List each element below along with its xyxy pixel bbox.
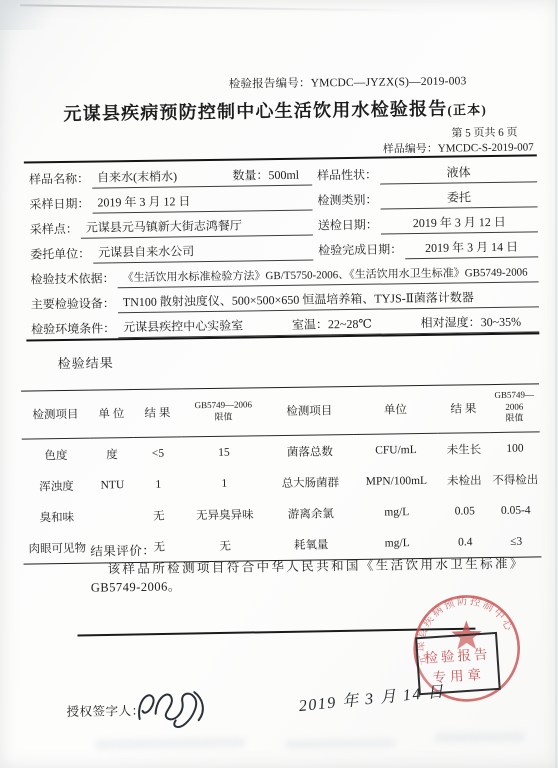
result-cell: NTU <box>90 469 134 501</box>
page-title: 元谋县疾病预防控制中心生活饮用水检验报告(正本) <box>0 93 554 127</box>
environment-field: 元谋县疾控中心实验室 室温：22~28℃ 相对湿度：30~35% <box>118 312 539 338</box>
signature-stroke <box>139 692 203 727</box>
result-cell: 不得检出 <box>490 463 540 495</box>
result-cell: 未生长 <box>438 433 490 465</box>
result-cell: 100 <box>490 432 540 464</box>
result-cell: 0.05-4 <box>491 494 541 526</box>
page-showthrough <box>95 738 245 750</box>
page-showthrough <box>285 738 395 749</box>
result-cell: 无 <box>135 499 183 531</box>
sampling-site-label: 采样点： <box>25 220 81 240</box>
result-cell: 色度 <box>22 438 90 470</box>
document-content: 检验报告编号：YMCDC—JYZX(S)—2019-003 元谋县疾病预防控制中… <box>0 0 558 768</box>
col-header-item: 检测项目 <box>21 390 90 439</box>
page-showthrough <box>435 732 525 743</box>
result-cell: 总大肠菌群 <box>266 466 354 498</box>
result-cell: 无异臭异味 <box>183 498 267 530</box>
result-cell: mg/L <box>355 496 439 528</box>
scanned-report-page: 检验报告编号：YMCDC—JYZX(S)—2019-003 元谋县疾病预防控制中… <box>0 0 558 768</box>
result-cell: 1 <box>134 468 182 500</box>
room-temp-value: 22~28℃ <box>328 317 372 332</box>
result-cell: 1 <box>182 467 266 499</box>
col-header-result-2: 结 果 <box>437 385 490 434</box>
report-number-value: YMCDC—JYZX(S)—2019-003 <box>311 75 467 89</box>
report-number-label: 检验报告编号： <box>229 78 311 91</box>
completion-date-label: 检验完成日期： <box>313 240 405 260</box>
test-category-label: 检测类别： <box>312 191 380 211</box>
quantity-field: 数量：500ml <box>232 166 307 184</box>
title-copy-type: (正本) <box>447 102 487 118</box>
result-cell: 未检出 <box>438 464 490 496</box>
results-section-title: 检验结果 <box>58 352 114 372</box>
col-header-limit: GB5749—2006 限值 <box>181 388 266 437</box>
col-header-unit: 单 位 <box>89 390 134 439</box>
room-temp-label: 室温： <box>292 317 328 332</box>
completion-date-value: 2019 年 3 月 14 日 <box>405 237 538 259</box>
quantity-value: 500ml <box>268 168 299 182</box>
submission-date-value: 2019 年 3 月 12 日 <box>381 212 538 234</box>
sample-state-label: 样品性状： <box>312 166 380 186</box>
environment-lab-value: 元谋县疾控中心实验室 <box>123 316 243 335</box>
authorized-signature <box>132 682 225 735</box>
technical-basis-label: 检验技术依据： <box>25 269 117 289</box>
result-cell: 浑浊度 <box>22 470 90 502</box>
title-main: 元谋县疾病预防控制中心生活饮用水检验报告 <box>63 99 447 124</box>
result-cell: 肉眼可见物 <box>23 532 91 564</box>
result-cell: MPN/100mL <box>354 465 438 497</box>
sampling-date-value: 2019 年 3 月 12 日 <box>92 191 312 214</box>
client-label: 委托单位： <box>25 245 93 265</box>
result-cell: 15 <box>182 436 266 469</box>
sampling-date-label: 采样日期： <box>24 195 92 215</box>
col-header-item-2: 检测项目 <box>265 386 354 435</box>
result-cell: 游离余氯 <box>267 497 355 529</box>
col-header-result: 结 果 <box>133 389 182 438</box>
result-cell <box>91 500 135 532</box>
result-cell: 臭和味 <box>23 501 91 533</box>
test-category-value: 委托 <box>380 187 537 209</box>
humidity-value: 30~35% <box>481 315 522 330</box>
sample-name-label: 样品名称： <box>24 170 92 190</box>
submission-date-label: 送检日期： <box>313 216 381 236</box>
quantity-label: 数量： <box>232 168 268 183</box>
client-value: 元谋县自来水公司 <box>93 241 313 264</box>
col-header-limit-2: GB5749—2006 限值 <box>489 384 540 433</box>
result-cell: 菌落总数 <box>266 435 354 468</box>
humidity-field: 相对湿度：30~35% <box>421 313 522 331</box>
official-stamp: 元谋县疾病预防控制中心 检验报告 专用章 <box>402 586 544 726</box>
result-cell: CFU/mL <box>354 433 438 466</box>
report-number-line: 检验报告编号：YMCDC—JYZX(S)—2019-003 <box>229 72 467 91</box>
sample-name-field: 自来水(末梢水) 数量：500ml <box>92 166 312 189</box>
sample-number-value: YMCDC-S-2019-007 <box>438 141 534 154</box>
environment-label: 检验环境条件： <box>26 319 118 339</box>
result-cell: 度 <box>90 438 134 470</box>
results-header-row: 检测项目 单 位 结 果 GB5749—2006 限值 检测项目 单位 结 果 … <box>21 384 540 439</box>
humidity-label: 相对湿度： <box>421 315 481 330</box>
col-header-unit-2: 单位 <box>353 385 438 434</box>
sampling-site-value: 元谋县元马镇新大街志鸿餐厅 <box>81 216 313 239</box>
result-cell: <5 <box>134 437 182 469</box>
sample-number-label: 样品编号： <box>383 143 438 156</box>
result-cell: 0.05 <box>439 495 491 527</box>
sample-state-value: 液体 <box>380 162 537 184</box>
sample-name-value: 自来水(末梢水) <box>97 167 177 185</box>
sample-info-table: 样品名称： 自来水(末梢水) 数量：500ml 样品性状： 液体 采样日期： 2… <box>24 154 539 341</box>
room-temp-field: 室温：22~28℃ <box>292 315 372 333</box>
equipment-label: 主要检验设备： <box>26 294 118 314</box>
